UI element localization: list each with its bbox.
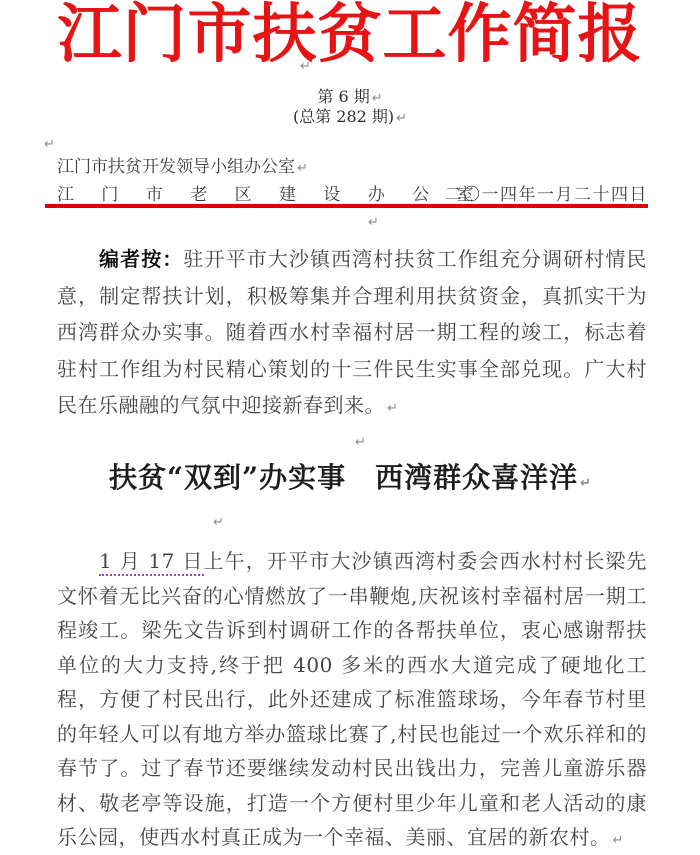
paragraph-mark-icon: ↵ <box>387 401 398 416</box>
article-body-paragraph: 1 月 17 日上午，开平市大沙镇西湾村委会西水村村长梁先文怀着无比兴奋的心情燃… <box>57 544 647 855</box>
paragraph-mark-icon: ↵ <box>300 60 311 73</box>
editor-note-label: 编者按： <box>99 247 183 271</box>
paragraph-mark-icon: ↵ <box>44 138 55 151</box>
bulletin-title: 江门市扶贫工作简报 <box>0 0 700 76</box>
red-divider-rule <box>45 204 648 208</box>
paragraph-mark-icon: ↵ <box>396 111 407 126</box>
paragraph-mark-icon: ↵ <box>213 516 224 529</box>
org-name-2: 江 门 市 老 区 建 设 办 公 室 <box>57 180 485 205</box>
editor-note-text: 驻开平市大沙镇西湾村扶贫工作组充分调研村情民意，制定帮扶计划，积极筹集并合理利用… <box>57 247 647 417</box>
paragraph-mark-icon: ↵ <box>355 436 366 449</box>
document-page: 江门市扶贫工作简报 ↵ 第 6 期↵ (总第 282 期)↵ ↵ 江门市扶贫开发… <box>0 0 700 855</box>
org-line-1-wrap: 江门市扶贫开发领导小组办公室↵ <box>57 152 308 177</box>
paragraph-mark-icon: ↵ <box>580 476 591 491</box>
org-name-1: 江门市扶贫开发领导小组办公室 <box>57 157 295 177</box>
article-title-wrap: 扶贫“双到”办实事 西湾群众喜洋洋↵ <box>0 456 700 496</box>
article-date-grammar-highlight: 1 月 17 日 <box>99 549 204 576</box>
issue-total: (总第 282 期) <box>293 107 394 126</box>
issue-total-line: (总第 282 期)↵ <box>0 104 700 127</box>
paragraph-mark-icon: ↵ <box>613 833 624 848</box>
paragraph-mark-icon: ↵ <box>368 216 379 229</box>
editor-note-paragraph: 编者按：驻开平市大沙镇西湾村扶贫工作组充分调研村情民意，制定帮扶计划，积极筹集并… <box>57 241 647 428</box>
issue-date: 二〇一四年一月二十四日 <box>445 180 649 205</box>
article-title: 扶贫“双到”办实事 西湾群众喜洋洋 <box>109 461 578 494</box>
article-body-text: 上午，开平市大沙镇西湾村委会西水村村长梁先文怀着无比兴奋的心情燃放了一串鞭炮,庆… <box>57 549 647 849</box>
paragraph-mark-icon: ↵ <box>297 161 308 176</box>
